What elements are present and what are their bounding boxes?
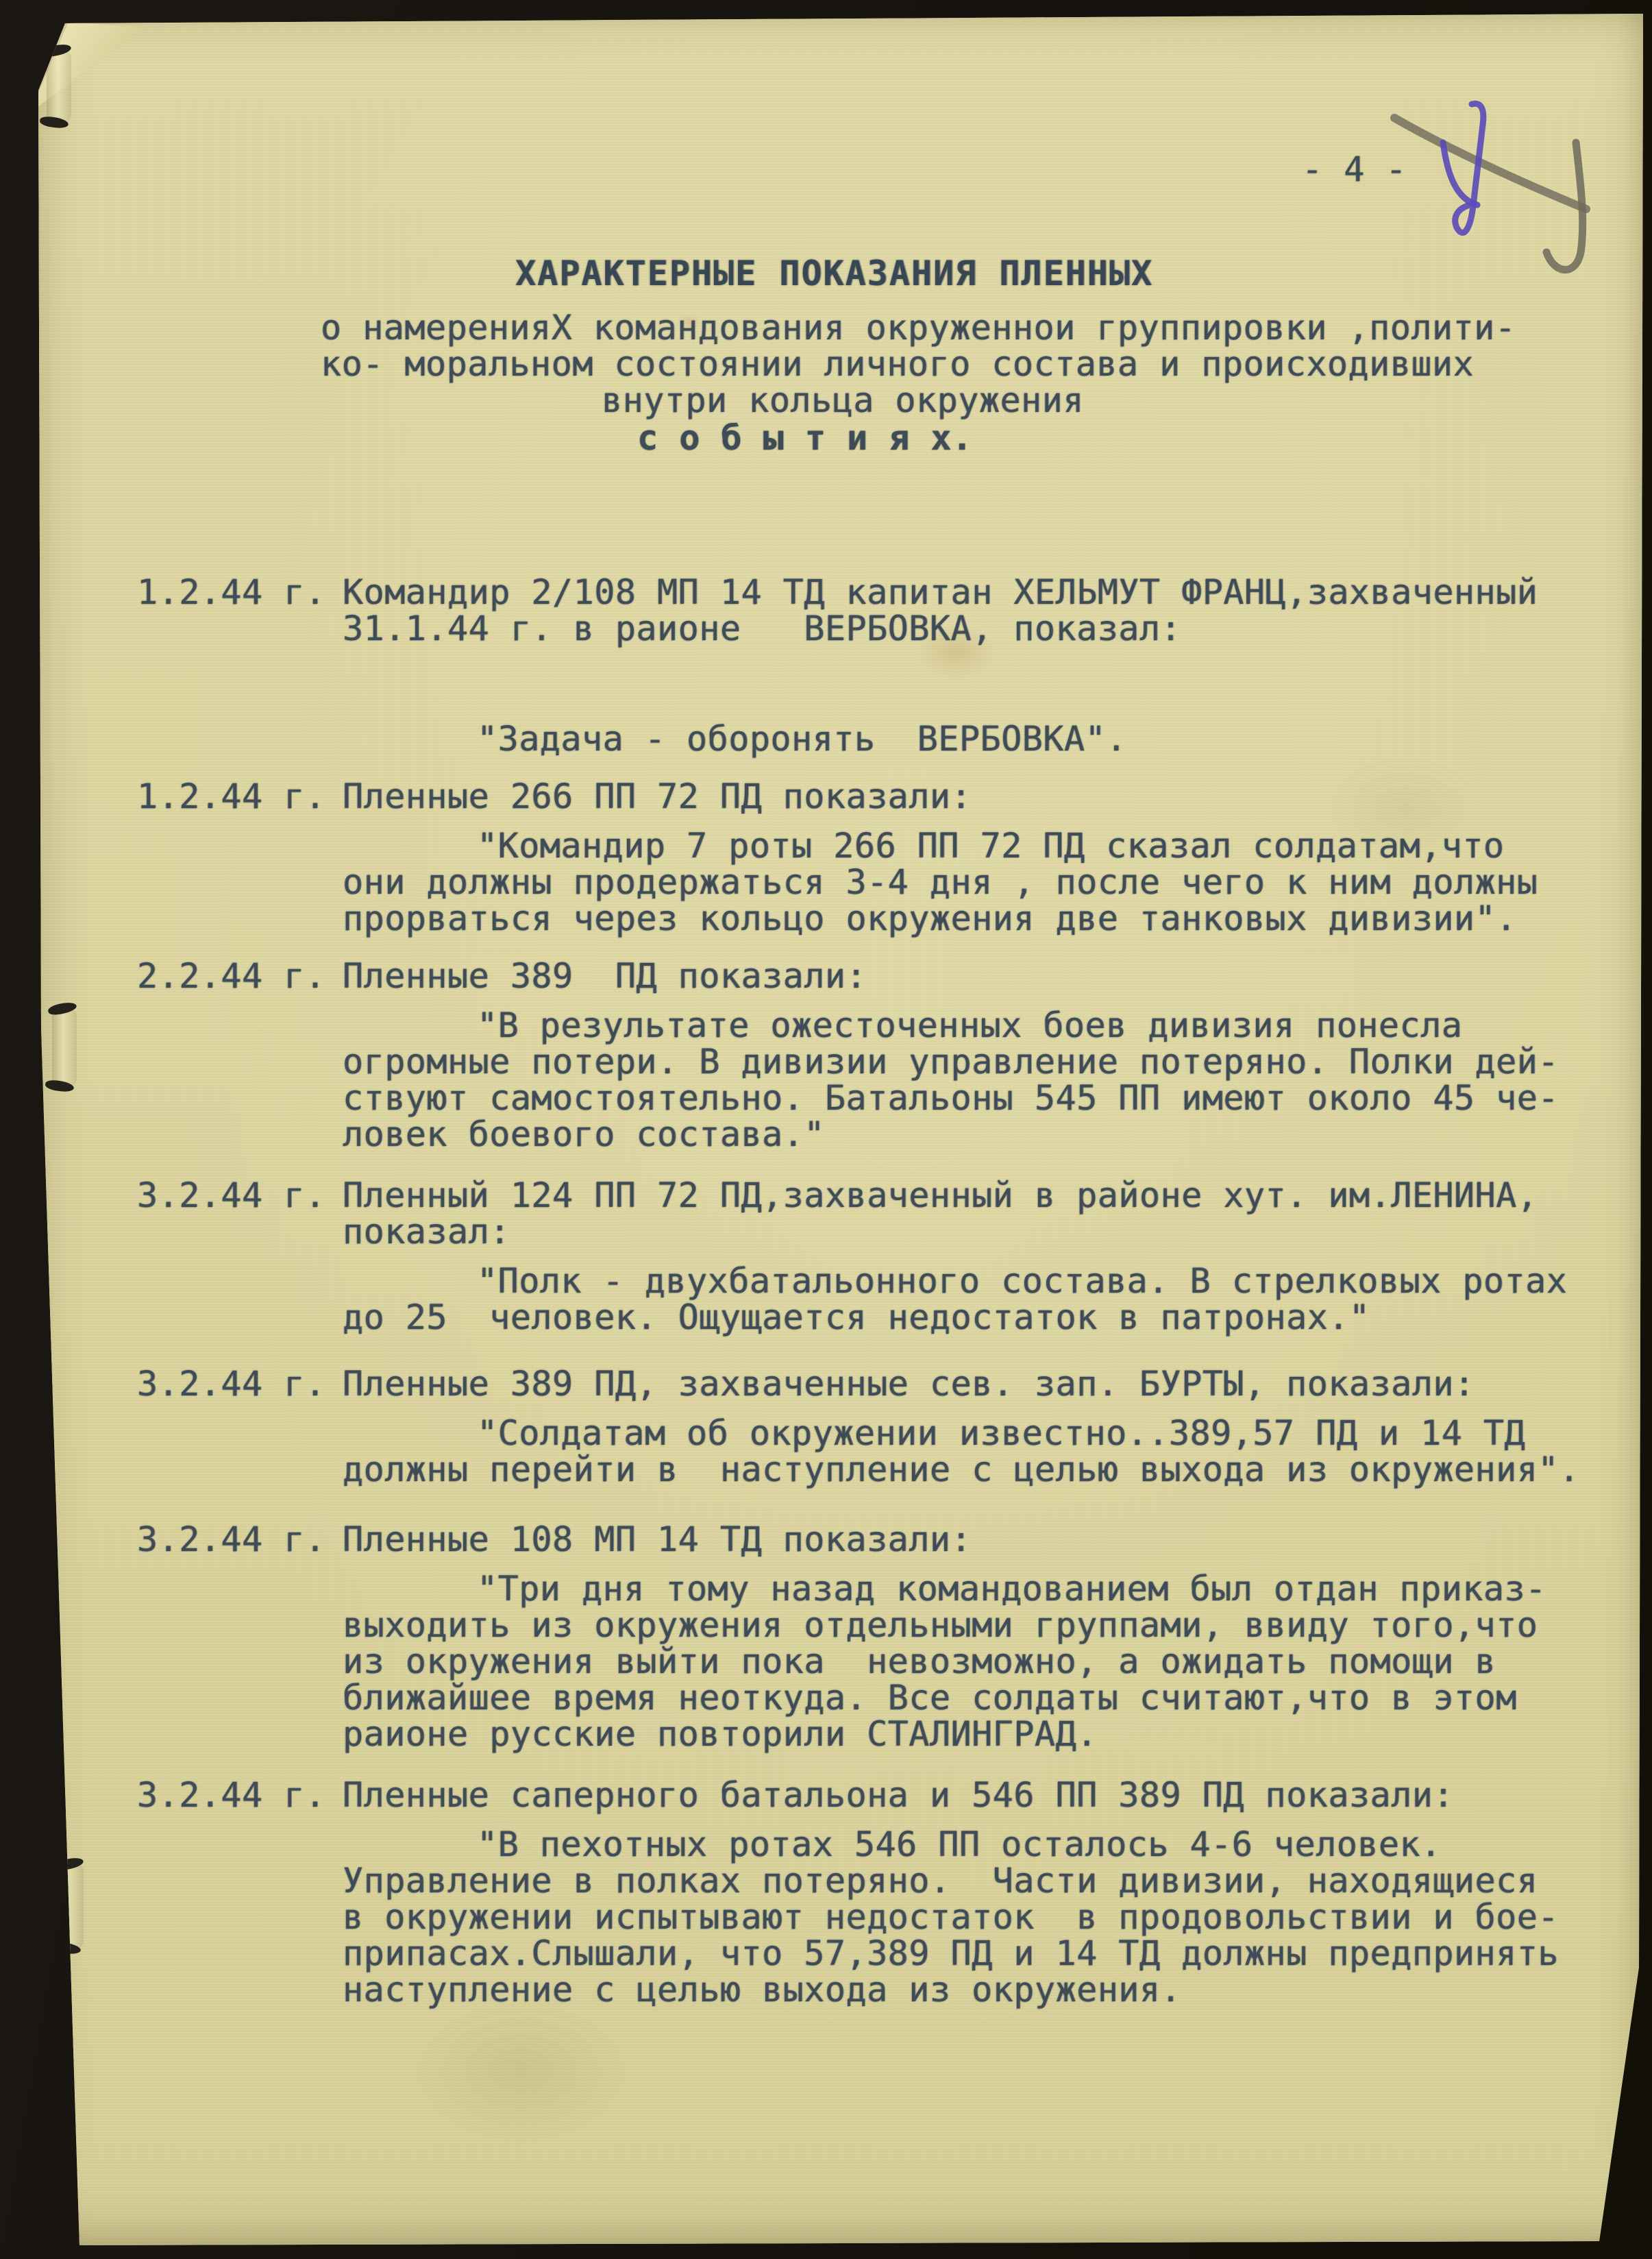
entry-quote-line: "В пехотных ротах 546 ПП осталось 4-6 че… (343, 1827, 1652, 1863)
pen-four-left (1443, 143, 1477, 205)
stitch-channel (47, 51, 71, 122)
document-title: ХАРАКТЕРНЫЕ ПОКАЗАНИЯ ПЛЕННЫХ (515, 254, 1153, 293)
entry-quote-line: "Задача - оборонять ВЕРБОВКА". (343, 721, 1652, 757)
entry-intro-line: 31.1.44 г. в раионе ВЕРБОВКА, показал: (343, 611, 1652, 647)
entry-intro-line: Пленные 389 ПД показали: (343, 958, 1652, 994)
entry-quote-line: "Солдатам об окружении известно..389,57 … (343, 1415, 1652, 1452)
page-number: - 4 - (1302, 149, 1407, 189)
entry-date: 3.2.44 г. (137, 1366, 325, 1402)
testimony-entry: 1.2.44 г. Пленные 266 ПП 72 ПД показали:… (0, 779, 1652, 937)
entry-quote-line: припасах.Слышали, что 57,389 ПД и 14 ТД … (343, 1936, 1652, 1972)
entry-date: 2.2.44 г. (137, 958, 325, 994)
testimony-entry: 2.2.44 г. Пленные 389 ПД показали: "В ре… (0, 958, 1652, 1153)
testimony-entry: 3.2.44 г. Пленные 389 ПД, захваченные се… (0, 1366, 1652, 1488)
subtitle-line: внутри кольца окружения (602, 382, 1084, 419)
entry-quote-line: из окружения выйти пока невозможно, а ож… (343, 1644, 1652, 1680)
entry-quote-line: "Три дня тому назад командованием был от… (343, 1571, 1652, 1607)
entry-quote-line: "В результате ожесточенных боев дивизия … (343, 1008, 1652, 1044)
pen-four-right (1455, 103, 1483, 232)
entry-quote-line: "Командир 7 роты 266 ПП 72 ПД сказал сол… (343, 828, 1652, 864)
entry-quote-line: Управление в полках потеряно. Части диви… (343, 1863, 1652, 1899)
pencil-four (1546, 143, 1583, 270)
entry-quote-line: они должны продержаться 3-4 дня , после … (343, 864, 1652, 901)
entry-quote-line: ловек боевого состава." (343, 1116, 1652, 1153)
entry-date: 3.2.44 г. (137, 1522, 325, 1558)
entry-intro-line: Пленные 266 ПП 72 ПД показали: (343, 779, 1652, 815)
entry-quote-line: прорваться через кольцо окружения две та… (343, 901, 1652, 937)
paper-sheet: - 4 - ХАРАКТЕРНЫЕ ПОКАЗАНИЯ ПЛЕННЫХ о на… (0, 0, 1652, 2259)
entry-quote-line: раионе русские повторили СТАЛИНГРАД. (343, 1716, 1652, 1753)
entry-quote-line: огромные потери. В дивизии управление по… (343, 1044, 1652, 1080)
entry-quote-line: "Полк - двухбатальонного состава. В стре… (343, 1263, 1652, 1299)
entry-intro-line: Пленный 124 ПП 72 ПД,захваченный в район… (343, 1177, 1652, 1214)
pencil-stroke (1394, 118, 1586, 209)
entry-date: 1.2.44 г. (137, 779, 325, 815)
entry-quote-line: выходить из окружения отдельными группам… (343, 1607, 1652, 1644)
subtitle-line: ко- моральном состоянии личного состава … (321, 346, 1474, 382)
entry-quote-line: ствуют самостоятельно. Батальоны 545 ПП … (343, 1080, 1652, 1116)
entry-quote-line: наступление с целью выхода из окружения. (343, 1972, 1652, 2008)
entry-intro-line: Пленные 108 МП 14 ТД показали: (343, 1522, 1652, 1558)
entry-date: 3.2.44 г. (137, 1777, 325, 1814)
testimony-entry: 1.2.44 г. Командир 2/108 МП 14 ТД капита… (0, 574, 1652, 757)
subtitle-line: о намеренияХ командования окруженнои гру… (321, 310, 1516, 346)
testimony-entry: 3.2.44 г. Пленные 108 МП 14 ТД показали:… (0, 1522, 1652, 1753)
testimony-entry: 3.2.44 г. Пленный 124 ПП 72 ПД,захваченн… (0, 1177, 1652, 1336)
entry-intro-line: Командир 2/108 МП 14 ТД капитан ХЕЛЬМУТ … (343, 574, 1652, 611)
binding-stitch (40, 45, 77, 127)
testimony-entry: 3.2.44 г. Пленные саперного батальона и … (0, 1777, 1652, 2008)
entry-intro-line: показал: (343, 1214, 1652, 1250)
entry-quote-line: должны перейти в наступление с целью вых… (343, 1452, 1652, 1488)
scanned-document: - 4 - ХАРАКТЕРНЫЕ ПОКАЗАНИЯ ПЛЕННЫХ о на… (0, 0, 1652, 2259)
entry-quote-line: в окружении испытывают недостаток в прод… (343, 1899, 1652, 1936)
subtitle-line: с о б ы т и я х. (637, 420, 973, 456)
entry-date: 3.2.44 г. (137, 1177, 325, 1214)
entry-intro-line: Пленные 389 ПД, захваченные сев. зап. БУ… (343, 1366, 1652, 1402)
entry-quote-line: до 25 человек. Ощущается недостаток в па… (343, 1299, 1652, 1336)
entry-intro-line: Пленные саперного батальона и 546 ПП 389… (343, 1777, 1652, 1814)
entry-date: 1.2.44 г. (137, 574, 325, 611)
entry-quote-line: ближайшее время неоткуда. Все солдаты сч… (343, 1680, 1652, 1716)
